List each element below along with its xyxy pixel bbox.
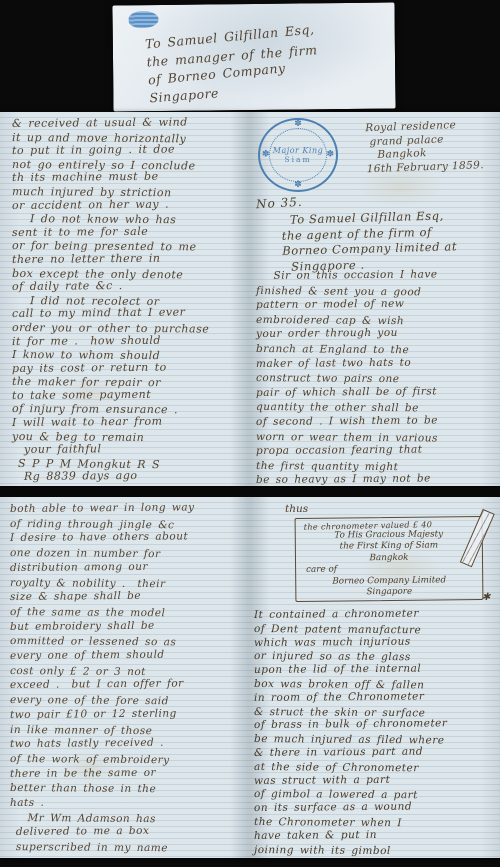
letter-recipient: To Samuel Gilfillan Esq,the agent of the… [281, 207, 498, 275]
letter-heading: Royal residence grand palace Bangkok16th… [365, 118, 497, 177]
handwritten-line: pair of which shall be of first [256, 384, 496, 401]
handwritten-line: your order through you [256, 325, 496, 342]
handwritten-line: call to my mind that I ever [12, 305, 244, 321]
handwritten-line: It contained a chronometer [254, 607, 498, 623]
handwritten-line: upon the lid of the internal [254, 662, 498, 678]
handwritten-line: joining with its gimbol [254, 844, 498, 860]
handwritten-line: which was much injurious [254, 634, 498, 650]
envelope-address: To Samuel Gilfillan Esq,the manager of t… [145, 16, 390, 107]
handwritten-line: & there in various part and [254, 745, 498, 761]
thus-label: thus [285, 503, 308, 515]
handwritten-line: of daily rate &c . [12, 278, 244, 294]
letter-sheet-1: & received at usual & windit up and move… [0, 112, 500, 486]
handwritten-line: in room of the Chronometer [254, 690, 498, 706]
seal-bottom-text: Siam [284, 155, 311, 164]
letter-number: No 35. [256, 195, 303, 211]
handwritten-line: delivered to me a box [10, 823, 246, 840]
handwritten-line: to put it in going . it doe [12, 142, 244, 158]
handwritten-line: pay its cost or return to [12, 360, 244, 376]
sheet2-right-page-text: It contained a chronometerof Dent patent… [254, 609, 498, 857]
seal-inner-ring: Major King Siam [269, 128, 327, 182]
handwritten-line: pattern or model of new [256, 296, 496, 313]
envelope: To Samuel Gilfillan Esq,the manager of t… [112, 3, 395, 112]
handwritten-line: be so heavy as I may not be [256, 471, 496, 488]
handwritten-line: Rg 8839 days ago [12, 468, 244, 484]
handwritten-line: there no letter there in [12, 251, 244, 267]
postal-stamp-icon [129, 11, 159, 28]
handwritten-line: have taken & put in [254, 828, 498, 844]
handwritten-line: th its machine must be [12, 169, 244, 185]
handwritten-line: Singapore [296, 586, 482, 599]
handwritten-line: Sir on this occasion I have [256, 267, 496, 284]
handwritten-line: distribution among our [10, 559, 246, 576]
letter-sheet-2: both able to wear in long wayof riding t… [0, 497, 500, 858]
parcel-address-lines: To His Gracious Majestythe First King of… [296, 529, 483, 599]
sheet2-left-page-text: both able to wear in long wayof riding t… [10, 502, 246, 855]
handwritten-line: both able to wear in long way [10, 500, 246, 517]
handwritten-line: sent it to me for sale [12, 224, 244, 240]
sheet1-left-page-text: & received at usual & windit up and move… [12, 117, 244, 484]
sheet1-right-page-text: Sir on this occasion I havefinished & se… [256, 269, 496, 488]
handwritten-line: two hats lastly received . [10, 735, 246, 752]
handwritten-line: & received at usual & wind [12, 115, 244, 131]
siam-king-seal-icon: ✽ ✽ ✽ ✽ Major King Siam [258, 118, 338, 192]
handwritten-line: of brass in bulk of chronometer [254, 717, 498, 733]
handwritten-line: maker of last two hats to [256, 354, 496, 371]
handwritten-line: was struct with a part [254, 772, 498, 788]
handwritten-line: to take some payment [12, 387, 244, 403]
handwritten-line: two pair £10 or 12 sterling [10, 706, 246, 723]
handwritten-line: it for me . how should [12, 332, 244, 348]
handwritten-line: every one of them should [10, 647, 246, 664]
handwritten-line: there in be the same or [10, 765, 246, 782]
parcel-address-sketch: the chronometer valued £ 40 To His Graci… [295, 516, 484, 602]
handwritten-line: or accident on her way . [12, 197, 244, 213]
handwritten-line: I will wait to hear from [12, 414, 244, 430]
corner-mark-icon: ✱ [482, 592, 491, 603]
handwritten-line: your faithful [12, 441, 244, 457]
handwritten-line: exceed . but I can offer for [10, 676, 246, 693]
handwritten-line: hats . [10, 794, 246, 811]
seal-ornament-icon: ✽ [294, 181, 302, 190]
handwritten-line: superscribed in my name [10, 840, 246, 857]
handwritten-line: but embroidery shall be [10, 618, 246, 635]
handwritten-line: of second . I wish them to be [256, 413, 496, 430]
seal-top-text: Major King [273, 146, 323, 155]
handwritten-line: propa occasion fearing that [256, 442, 496, 459]
handwritten-line: size & shape shall be [10, 588, 246, 605]
handwritten-line: on its surface as a wound [254, 800, 498, 816]
handwritten-line: I desire to have others about [10, 529, 246, 546]
seal-ornament-icon: ✽ [326, 151, 334, 160]
letter-scan: To Samuel Gilfillan Esq,the manager of t… [0, 0, 500, 867]
